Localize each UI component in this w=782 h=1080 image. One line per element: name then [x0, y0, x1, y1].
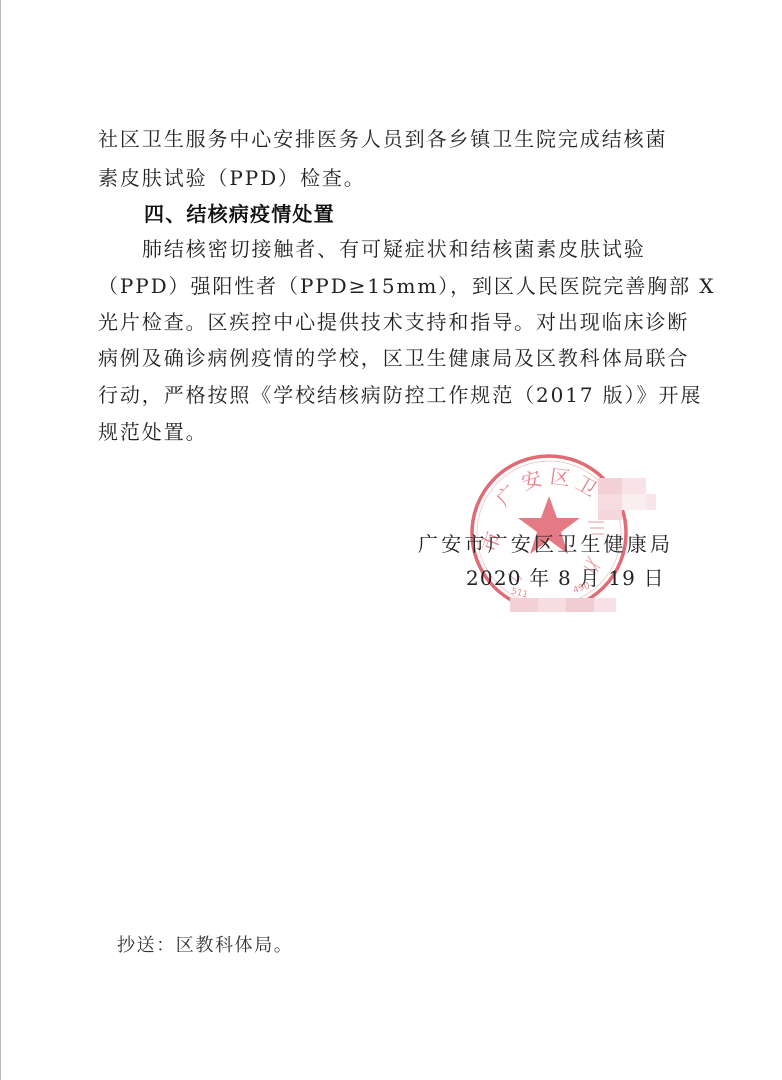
body-line: 素皮肤试验（PPD）检查。	[98, 163, 366, 193]
svg-text:安: 安	[518, 466, 544, 495]
svg-text:卫: 卫	[572, 471, 601, 502]
cc-line: 抄送：区教科体局。	[117, 932, 293, 960]
body-line: 光片检查。区疾控中心提供技术支持和指导。对出现临床诊断	[98, 307, 689, 337]
body-line: 病例及确诊病例疫情的学校，区卫生健康局及区教科体局联合	[98, 343, 689, 373]
issuer-signature: 广安市广安区卫生健康局	[418, 529, 673, 559]
body-line: 肺结核密切接触者、有可疑症状和结核菌素皮肤试验	[142, 234, 646, 264]
body-line: 规范处置。	[98, 417, 208, 447]
body-line: 行动，严格按照《学校结核病防控工作规范（2017 版）》开展	[98, 380, 702, 410]
body-line: 社区卫生服务中心安排医务人员到各乡镇卫生院完成结核菌	[98, 124, 667, 154]
svg-text:区: 区	[549, 464, 572, 491]
issue-date: 2020 年 8 月 19 日	[466, 563, 665, 593]
section-heading: 四、结核病疫情处置	[144, 199, 335, 229]
body-line: （PPD）强阳性者（PPD≥15mm），到区人民医院完善胸部 X	[98, 271, 715, 301]
page-left-border	[0, 0, 1, 1080]
